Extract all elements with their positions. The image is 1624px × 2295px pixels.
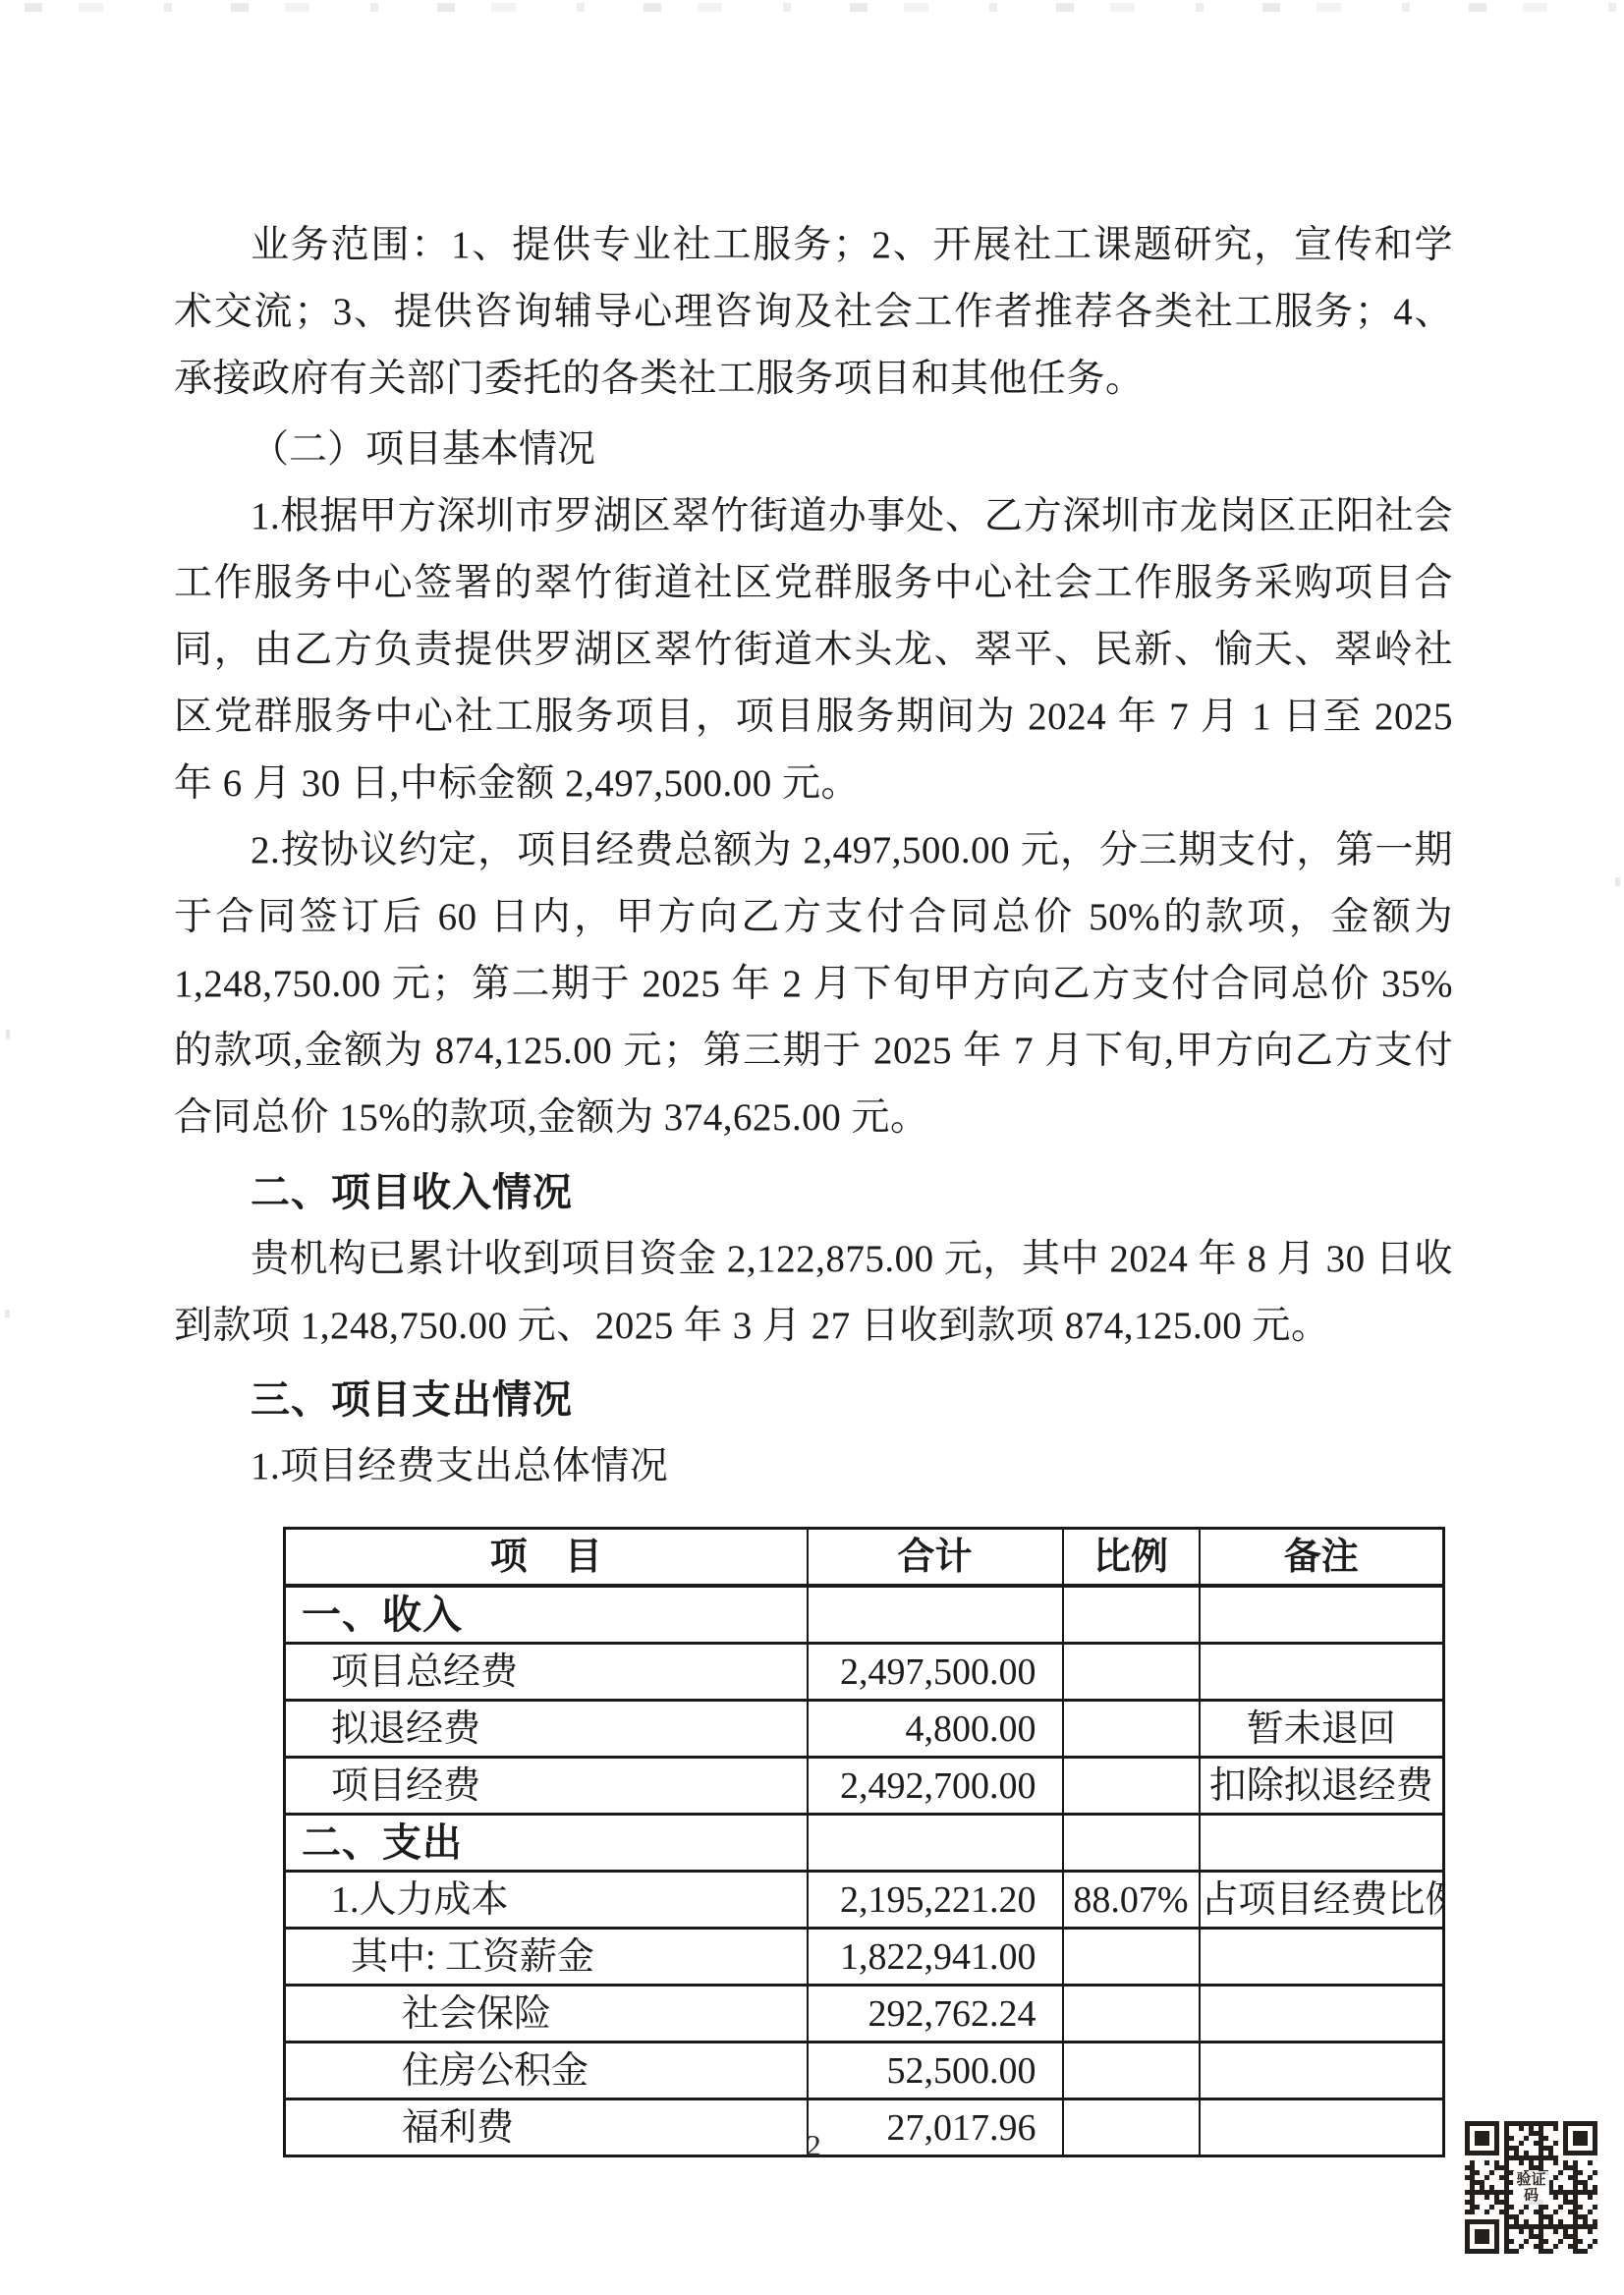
cell-note [1200,1929,1444,1986]
cell-item: 二、支出 [285,1815,808,1872]
cell-item: 项目总经费 [285,1644,808,1701]
heading-project-expense: 三、项目支出情况 [174,1367,1453,1433]
paragraph-business-scope: 业务范围：1、提供专业社工服务；2、开展社工课题研究，宣传和学术交流；3、提供咨… [174,212,1453,413]
cell-item: 一、收入 [285,1586,808,1644]
table-row: 住房公积金52,500.00 [285,2043,1444,2099]
scan-artifact [1615,877,1620,886]
table-row: 项目总经费2,497,500.00 [285,1644,1444,1701]
cell-item: 社会保险 [285,1986,808,2043]
table-row: 社会保险292,762.24 [285,1986,1444,2043]
scan-artifact [6,1030,10,1039]
paragraph-project-basic-1: 1.根据甲方深圳市罗湖区翠竹街道办事处、乙方深圳市龙岗区正阳社会工作服务中心签署… [174,483,1453,817]
cell-ratio [1063,1644,1200,1701]
expense-summary-table: 项 目合计比例备注 一、收入项目总经费2,497,500.00拟退经费4,800… [283,1527,1445,2157]
cell-item: 1.人力成本 [285,1872,808,1929]
document-body: 业务范围：1、提供专业社工服务；2、开展社工课题研究，宣传和学术交流；3、提供咨… [174,212,1453,2157]
table-row: 项目经费2,492,700.00扣除拟退经费 [285,1758,1444,1815]
cell-item: 其中: 工资薪金 [285,1929,808,1986]
cell-note: 占项目经费比例 [1200,1872,1444,1929]
column-header: 合计 [808,1529,1063,1587]
cell-note [1200,1586,1444,1644]
column-header: 比例 [1063,1529,1200,1587]
cell-note [1200,1986,1444,2043]
cell-note [1200,2043,1444,2099]
cell-item: 住房公积金 [285,2043,808,2099]
paragraph-income-detail: 贵机构已累计收到项目资金 2,122,875.00 元，其中 2024 年 8 … [174,1226,1453,1360]
qr-code-label: 验证 码 [1513,2171,1548,2205]
cell-total: 2,492,700.00 [808,1758,1063,1815]
page-number: 2 [174,2128,1453,2163]
cell-note: 扣除拟退经费 [1200,1758,1444,1815]
table-row: 1.人力成本2,195,221.2088.07%占项目经费比例 [285,1872,1444,1929]
heading-project-income: 二、项目收入情况 [174,1159,1453,1226]
cell-ratio [1063,1815,1200,1872]
cell-total: 52,500.00 [808,2043,1063,2099]
table-row: 其中: 工资薪金1,822,941.00 [285,1929,1444,1986]
scanned-document-page: 业务范围：1、提供专业社工服务；2、开展社工课题研究，宣传和学术交流；3、提供咨… [0,0,1624,2295]
cell-ratio: 88.07% [1063,1872,1200,1929]
cell-total: 2,195,221.20 [808,1872,1063,1929]
cell-ratio [1063,2043,1200,2099]
heading-section-2: （二）项目基本情况 [174,417,1453,483]
cell-note [1200,1644,1444,1701]
cell-ratio [1063,1586,1200,1644]
paragraph-expense-overview-title: 1.项目经费支出总体情况 [174,1433,1453,1500]
cell-total: 2,497,500.00 [808,1644,1063,1701]
table-header-row: 项 目合计比例备注 [285,1529,1444,1587]
cell-ratio [1063,1701,1200,1758]
qr-code: 验证 码 [1459,2115,1603,2260]
cell-total: 1,822,941.00 [808,1929,1063,1986]
table-row: 一、收入 [285,1586,1444,1644]
scan-artifact-top-edge [25,3,1616,12]
cell-ratio [1063,1929,1200,1986]
column-header: 项 目 [285,1529,808,1587]
column-header: 备注 [1200,1529,1444,1587]
cell-item: 拟退经费 [285,1701,808,1758]
cell-total: 4,800.00 [808,1701,1063,1758]
table-row: 二、支出 [285,1815,1444,1872]
cell-ratio [1063,1986,1200,2043]
paragraph-project-basic-2: 2.按协议约定，项目经费总额为 2,497,500.00 元，分三期支付，第一期… [174,817,1453,1151]
cell-total: 292,762.24 [808,1986,1063,2043]
scan-artifact [5,1310,10,1317]
cell-total [808,1586,1063,1644]
table-body: 一、收入项目总经费2,497,500.00拟退经费4,800.00暂未退回项目经… [285,1586,1444,2156]
cell-item: 项目经费 [285,1758,808,1815]
cell-note: 暂未退回 [1200,1701,1444,1758]
table-row: 拟退经费4,800.00暂未退回 [285,1701,1444,1758]
cell-note [1200,1815,1444,1872]
cell-total [808,1815,1063,1872]
cell-ratio [1063,1758,1200,1815]
